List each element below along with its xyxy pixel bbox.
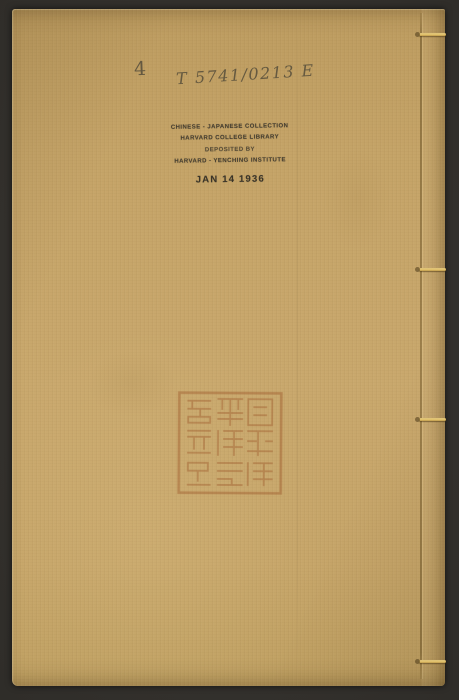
paper-stain [312,129,402,269]
scanned-book-cover: 4 T 5741/0213 E CHINESE - JAPANESE COLLE… [0,0,459,700]
handwritten-call-number: T 5741/0213 E [176,61,316,88]
stamp-date: JAN 14 1936 [162,173,298,186]
library-accession-stamp: CHINESE - JAPANESE COLLECTION HARVARD CO… [162,121,299,186]
binding-thread-upper-middle [419,268,446,271]
spine-edge-strip [422,9,445,686]
binding-thread-lower-middle [419,418,446,421]
red-seal-stamp-icon [174,387,287,500]
stamp-line-institute: HARVARD - YENCHING INSTITUTE [162,155,298,168]
stamp-line-deposited: DEPOSITED BY [162,144,298,157]
binding-thread-bottom [419,660,446,663]
binding-crease-line [420,13,422,679]
handwritten-number: 4 [134,58,147,80]
faint-fold-line [297,9,298,686]
book-cover: 4 T 5741/0213 E CHINESE - JAPANESE COLLE… [12,9,445,686]
binding-thread-top [419,33,446,36]
paper-texture [12,9,445,686]
